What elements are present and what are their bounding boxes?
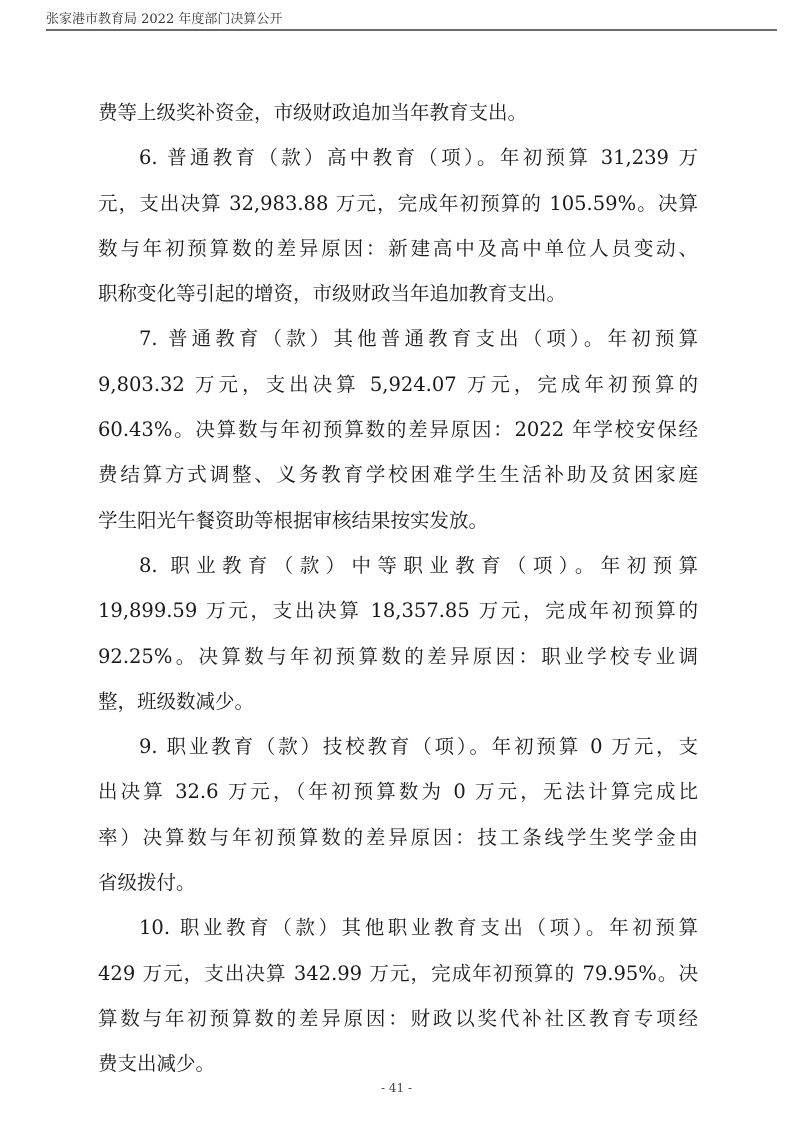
text-line: 算数与年初预算数的差异原因：财政以奖代补社区教育专项经: [98, 996, 698, 1041]
text-line: 费等上级奖补资金，市级财政追加当年教育支出。: [98, 90, 698, 135]
text-line: 60.43%。决算数与年初预算数的差异原因：2022 年学校安保经: [98, 407, 698, 452]
text-line: 8. 职业教育（款）中等职业教育（项）。年初预算: [98, 543, 698, 588]
text-line: 10. 职业教育（款）其他职业教育支出（项）。年初预算: [98, 905, 698, 950]
paragraph-8-secondary-vocational-education: 8. 职业教育（款）中等职业教育（项）。年初预算 19,899.59 万元，支出…: [98, 543, 698, 724]
text-line: 7. 普通教育（款）其他普通教育支出（项）。年初预算: [98, 316, 698, 361]
text-line: 数与年初预算数的差异原因：新建高中及高中单位人员变动、: [98, 226, 698, 271]
text-line: 9,803.32 万元，支出决算 5,924.07 万元，完成年初预算的: [98, 362, 698, 407]
page-header: 张家港市教育局 2022 年度部门决算公开: [46, 12, 777, 28]
text-line: 19,899.59 万元，支出决算 18,357.85 万元，完成年初预算的: [98, 588, 698, 633]
text-line: 费结算方式调整、义务教育学校困难学生生活补助及贫困家庭: [98, 452, 698, 497]
document-body: 费等上级奖补资金，市级财政追加当年教育支出。 6. 普通教育（款）高中教育（项）…: [98, 90, 698, 1087]
text-line: 6. 普通教育（款）高中教育（项）。年初预算 31,239 万: [98, 135, 698, 180]
text-line: 学生阳光午餐资助等根据审核结果按实发放。: [98, 498, 698, 543]
paragraph-9-technical-school-education: 9. 职业教育（款）技校教育（项）。年初预算 0 万元，支 出决算 32.6 万…: [98, 724, 698, 905]
text-line: 429 万元，支出决算 342.99 万元，完成年初预算的 79.95%。决: [98, 951, 698, 996]
paragraph-5-continued: 费等上级奖补资金，市级财政追加当年教育支出。: [98, 90, 698, 135]
text-line: 职称变化等引起的增资，市级财政当年追加教育支出。: [98, 271, 698, 316]
header-divider: [46, 29, 777, 31]
paragraph-7-other-general-education: 7. 普通教育（款）其他普通教育支出（项）。年初预算 9,803.32 万元，支…: [98, 316, 698, 542]
text-line: 费支出减少。: [98, 1041, 698, 1086]
text-line: 元，支出决算 32,983.88 万元，完成年初预算的 105.59%。决算: [98, 181, 698, 226]
text-line: 9. 职业教育（款）技校教育（项）。年初预算 0 万元，支: [98, 724, 698, 769]
text-line: 出决算 32.6 万元，（年初预算数为 0 万元，无法计算完成比: [98, 769, 698, 814]
text-line: 省级拨付。: [98, 860, 698, 905]
text-line: 率）决算数与年初预算数的差异原因：技工条线学生奖学金由: [98, 815, 698, 860]
text-line: 整，班级数减少。: [98, 679, 698, 724]
page-number: - 41 -: [0, 1081, 793, 1095]
paragraph-10-other-vocational-education: 10. 职业教育（款）其他职业教育支出（项）。年初预算 429 万元，支出决算 …: [98, 905, 698, 1086]
paragraph-6-high-school-education: 6. 普通教育（款）高中教育（项）。年初预算 31,239 万 元，支出决算 3…: [98, 135, 698, 316]
document-title: 张家港市教育局 2022 年度部门决算公开: [46, 12, 777, 28]
text-line: 92.25%。决算数与年初预算数的差异原因：职业学校专业调: [98, 634, 698, 679]
